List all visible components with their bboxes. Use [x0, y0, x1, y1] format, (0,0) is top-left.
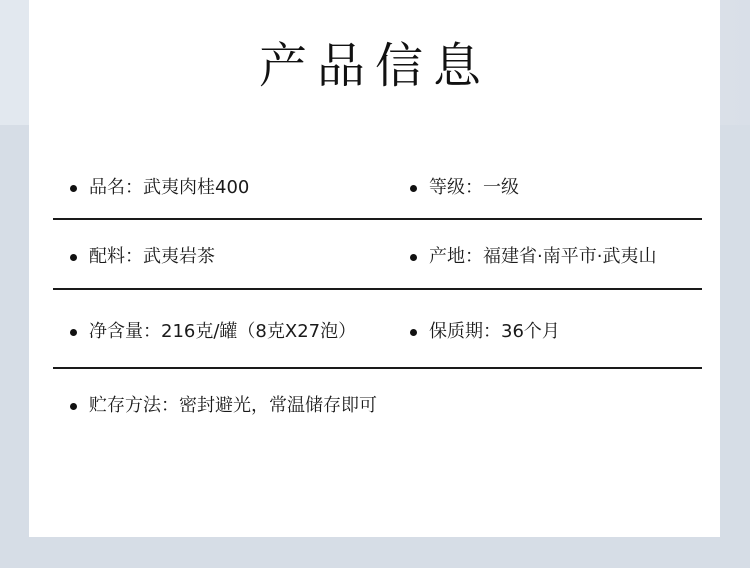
row-divider — [53, 288, 702, 290]
info-item-net-weight: 净含量：216克/罐（8克X27泡） — [70, 320, 356, 344]
info-item-text: 配料：武夷岩茶 — [89, 245, 215, 269]
page-title: 产品信息 — [0, 36, 750, 96]
bullet-icon — [410, 185, 417, 192]
bullet-icon — [70, 403, 77, 410]
bullet-icon — [410, 329, 417, 336]
info-item-shelf-life: 保质期：36个月 — [410, 320, 560, 344]
row-divider — [53, 218, 702, 220]
info-item-text: 净含量：216克/罐（8克X27泡） — [89, 320, 356, 344]
info-item-text: 产地：福建省·南平市·武夷山 — [429, 245, 656, 269]
info-item-grade: 等级：一级 — [410, 176, 519, 200]
info-item-text: 贮存方法：密封避光，常温储存即可 — [89, 394, 377, 418]
info-item-ingredients: 配料：武夷岩茶 — [70, 245, 215, 269]
row-divider — [53, 367, 702, 369]
bullet-icon — [70, 185, 77, 192]
info-item-text: 等级：一级 — [429, 176, 519, 200]
info-item-storage: 贮存方法：密封避光，常温储存即可 — [70, 394, 377, 418]
info-item-origin: 产地：福建省·南平市·武夷山 — [410, 245, 656, 269]
bullet-icon — [70, 254, 77, 261]
bullet-icon — [70, 329, 77, 336]
info-item-name: 品名：武夷肉桂400 — [70, 176, 249, 200]
info-item-text: 品名：武夷肉桂400 — [89, 176, 249, 200]
bullet-icon — [410, 254, 417, 261]
info-item-text: 保质期：36个月 — [429, 320, 560, 344]
